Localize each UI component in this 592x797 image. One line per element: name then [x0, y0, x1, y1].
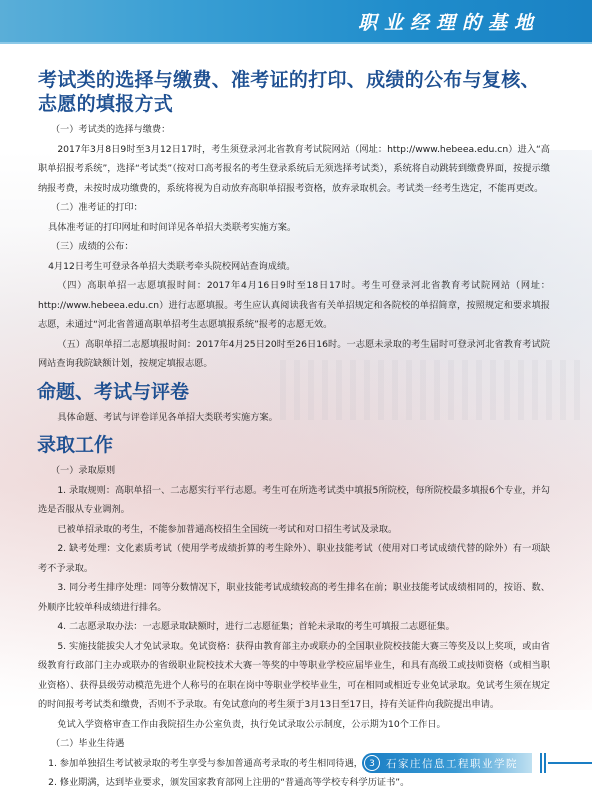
subheading-admission-principles: （一）录取原则: [38, 461, 550, 481]
paragraph-exemption-review: 免试入学资格审查工作由我院招生办公室负责，执行免试录取公示制度，公示期为10个工…: [38, 715, 550, 735]
paragraph-score-release: 4月12日考生可登录各单招大类联考牵头院校网站查询成绩。: [38, 257, 550, 277]
paragraph-tie-ranking: 3. 同分考生排序处理：同等分数情况下，职业技能考试成绩较高的考生排名在前；职业…: [38, 578, 550, 617]
page-footer: 3 石家庄信息工程职业学院: [362, 753, 592, 775]
header-band: 职业经理的基地: [0, 0, 592, 44]
paragraph-second-choice: （五）高职单招二志愿填报时间：2017年4月25日20时至26日16时。一志愿未…: [38, 335, 550, 374]
paragraph-absence: 2. 缺考处理：文化素质考试（使用学考成绩折算的考生除外）、职业技能考试（使用对…: [38, 539, 550, 578]
section-title-exam-procedures: 考试类的选择与缴费、准考证的打印、成绩的公布与复核、志愿的填报方式: [38, 68, 550, 116]
subheading-exam-selection: （一）考试类的选择与缴费：: [38, 120, 550, 140]
paragraph-admission-rule: 1. 录取规则：高职单招一、二志愿实行平行志愿。考生可在所选考试类中填报5所院校…: [38, 481, 550, 520]
header-slogan: 职业经理的基地: [358, 8, 540, 35]
subheading-admission-ticket: （二）准考证的打印：: [38, 198, 550, 218]
page-number: 3: [364, 755, 380, 771]
paragraph-admission-ticket: 具体准考证的打印网址和时间详见各单招大类联考实施方案。: [38, 218, 550, 238]
footer-rule-line: [548, 762, 592, 764]
section-title-exam-grading: 命题、考试与评卷: [37, 380, 550, 404]
footer-divider-bars: [540, 753, 546, 773]
subheading-graduate-treatment: （二）毕业生待遇: [38, 734, 550, 754]
school-name: 石家庄信息工程职业学院: [386, 756, 518, 771]
paragraph-diploma: 2. 修业期满，达到毕业要求，颁发国家教育部网上注册的“普通高等学校专科学历证书…: [38, 773, 550, 793]
footer-banner: 3 石家庄信息工程职业学院: [362, 753, 532, 773]
paragraph-exam-selection: 2017年3月8日9时至3月12日17时，考生须登录河北省教育考试院网站（网址：…: [38, 140, 550, 199]
page-content: 考试类的选择与缴费、准考证的打印、成绩的公布与复核、志愿的填报方式 （一）考试类…: [38, 68, 550, 793]
section-title-admission: 录取工作: [37, 433, 550, 457]
paragraph-already-admitted: 已被单招录取的考生，不能参加普通高校招生全国统一考试和对口招生考试及录取。: [38, 520, 550, 540]
paragraph-exam-grading: 具体命题、考试与评卷详见各单招大类联考实施方案。: [38, 408, 550, 428]
paragraph-second-round: 4. 二志愿录取办法：一志愿录取缺额时，进行二志愿征集；首轮未录取的考生可填报二…: [38, 617, 550, 637]
subheading-score-release: （三）成绩的公布：: [38, 237, 550, 257]
paragraph-exemption: 5. 实施技能拔尖人才免试录取。免试资格：获得由教育部主办或联办的全国职业院校技…: [38, 637, 550, 715]
paragraph-first-choice: （四）高职单招一志愿填报时间：2017年4月16日9时至18日17时。考生可登录…: [38, 276, 550, 335]
